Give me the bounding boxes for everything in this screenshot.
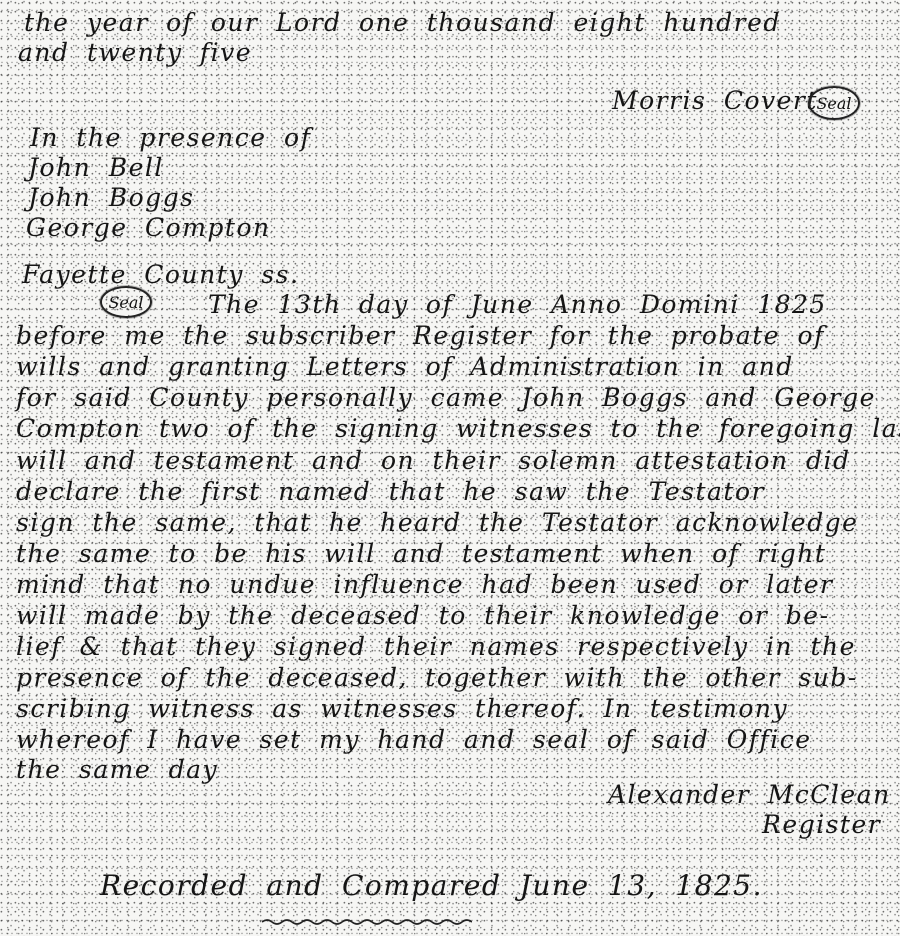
certificate-line-4: for said County personally came John Bog… xyxy=(16,385,876,410)
certificate-line-14: scribing witness as witnesses thereof. I… xyxy=(16,696,788,721)
register-title: Register xyxy=(762,812,881,837)
certificate-line-9: the same to be his will and testament wh… xyxy=(16,541,826,566)
certificate-line-6: will and testament and on their solemn a… xyxy=(16,448,851,473)
witness-heading: In the presence of xyxy=(30,125,311,150)
certificate-line-10: mind that no undue influence had been us… xyxy=(16,572,833,597)
certificate-line-8: sign the same, that he heard the Testato… xyxy=(16,510,858,535)
testator-signature: Morris Covert xyxy=(612,88,818,113)
county-line: Fayette County ss. xyxy=(22,262,299,287)
recording-underline xyxy=(262,917,472,927)
testator-seal: Seal xyxy=(808,86,860,120)
certificate-line-12: lief & that they signed their names resp… xyxy=(16,634,856,659)
will-closing-line-1: the year of our Lord one thousand eight … xyxy=(24,10,781,35)
witness-name-2: John Boggs xyxy=(28,185,194,210)
will-closing-line-2: and twenty five xyxy=(18,40,252,65)
certificate-line-13: presence of the deceased, together with … xyxy=(16,665,858,690)
certificate-line-1: The 13th day of June Anno Domini 1825 xyxy=(208,292,827,317)
recording-note: Recorded and Compared June 13, 1825. xyxy=(100,872,763,900)
certificate-line-16: the same day xyxy=(16,757,218,782)
certificate-line-3: wills and granting Letters of Administra… xyxy=(16,354,794,379)
certificate-line-2: before me the subscriber Register for th… xyxy=(16,323,825,348)
certificate-line-15: whereof I have set my hand and seal of s… xyxy=(16,727,812,752)
certificate-line-11: will made by the deceased to their knowl… xyxy=(16,603,830,628)
document-page: the year of our Lord one thousand eight … xyxy=(0,0,900,936)
register-seal: Seal xyxy=(100,286,152,318)
witness-name-3: George Compton xyxy=(26,215,271,240)
witness-name-1: John Bell xyxy=(28,155,164,180)
register-signature: Alexander McClean xyxy=(608,782,891,807)
certificate-line-7: declare the first named that he saw the … xyxy=(16,479,765,504)
certificate-line-5: Compton two of the signing witnesses to … xyxy=(16,416,900,441)
